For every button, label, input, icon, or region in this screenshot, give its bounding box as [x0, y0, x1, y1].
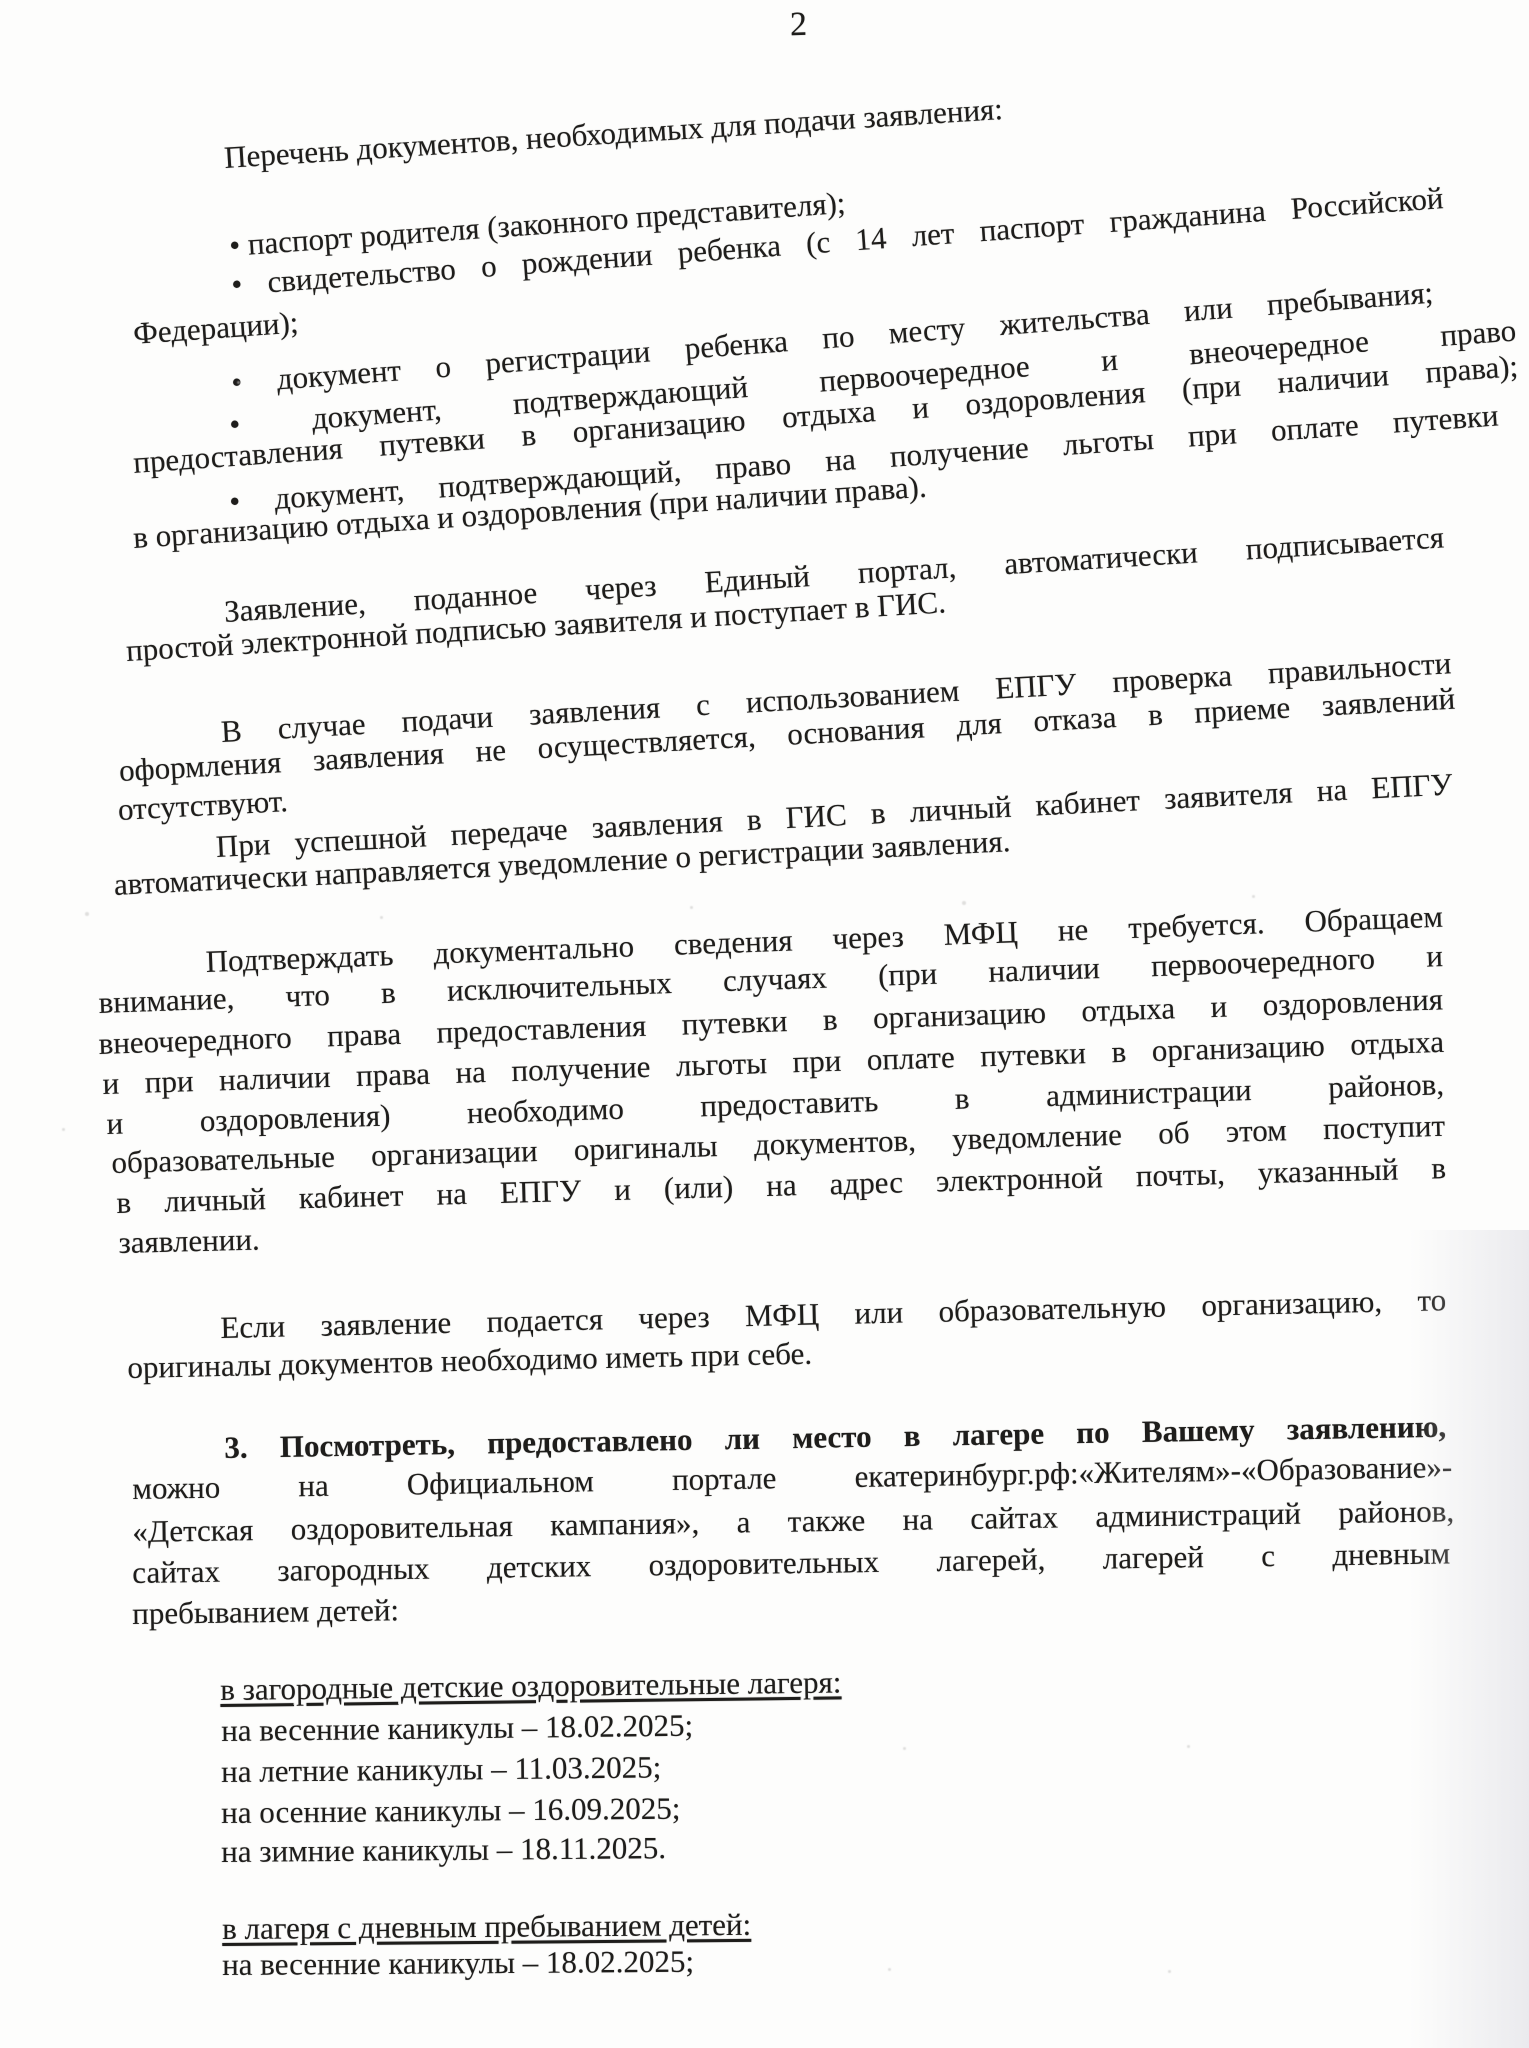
- scan-noise-dot: [380, 916, 383, 919]
- document-line: на весенние каникулы – 18.02.2025;: [221, 1707, 693, 1751]
- scan-noise-dot: [1252, 895, 1255, 898]
- scan-noise-dot: [530, 869, 534, 873]
- scan-noise-dot: [62, 1128, 65, 1131]
- scan-noise-dot: [1187, 1745, 1190, 1748]
- document-line: заявлении.: [118, 1221, 260, 1263]
- document-line: на весенние каникулы – 18.02.2025;: [222, 1943, 694, 1985]
- scan-noise-dot: [962, 901, 966, 905]
- scan-noise-dot: [237, 381, 240, 384]
- scan-noise-dot: [888, 1968, 891, 1971]
- scan-noise-dot: [85, 912, 89, 916]
- document-line: на осенние каникулы – 16.09.2025;: [221, 1790, 681, 1833]
- document-line: Если заявление подается через МФЦ или об…: [220, 1281, 1447, 1348]
- document-line: Федерации);: [132, 303, 300, 353]
- document-line: Перечень документов, необходимых для под…: [223, 90, 1004, 178]
- document-line: пребыванием детей:: [132, 1591, 399, 1633]
- document-page: 2 Перечень документов, необходимых для п…: [0, 0, 1529, 2048]
- scan-edge-shadow: [1409, 1230, 1529, 2048]
- document-line: в загородные детские оздоровительные лаг…: [220, 1663, 842, 1709]
- scan-noise-dot: [903, 1747, 906, 1750]
- scan-noise-dot: [1168, 1970, 1171, 1973]
- document-line: на зимние каникулы – 18.11.2025.: [221, 1829, 666, 1872]
- document-line: отсутствуют.: [117, 782, 289, 830]
- scan-noise-dot: [690, 906, 693, 909]
- document-line: на летние каникулы – 11.03.2025;: [221, 1748, 662, 1791]
- page-number: 2: [790, 8, 808, 42]
